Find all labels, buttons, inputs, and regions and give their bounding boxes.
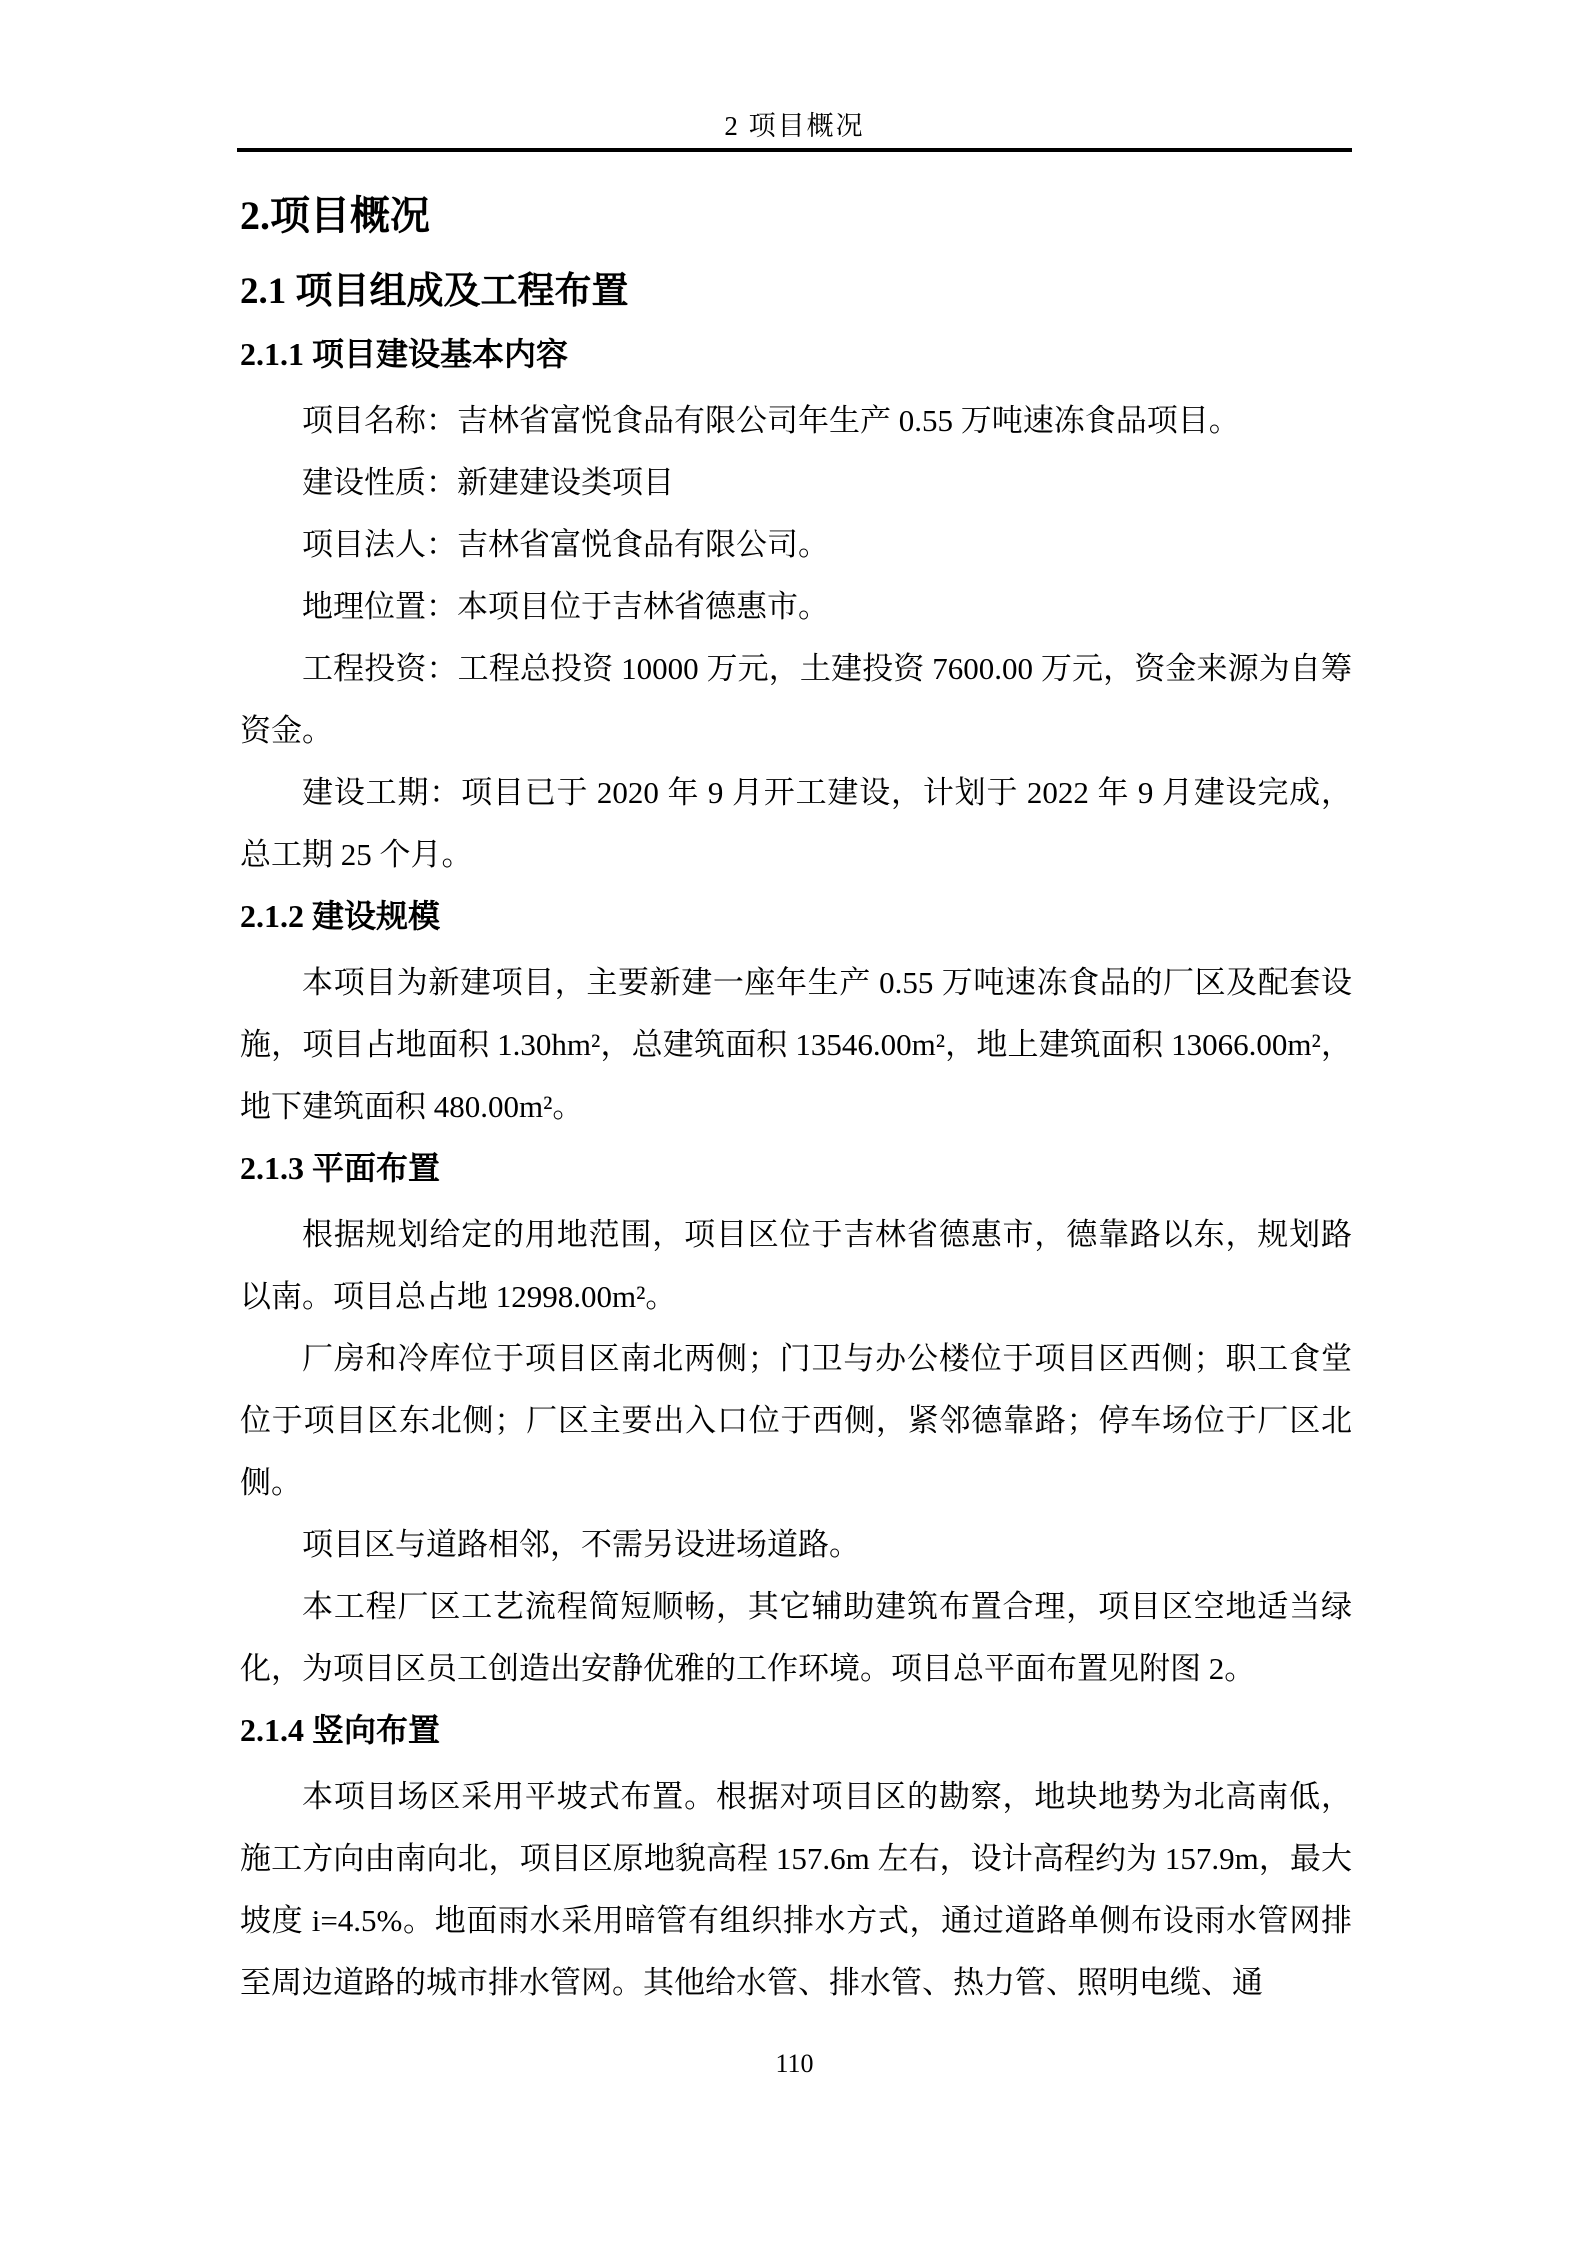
paragraph-schedule: 建设工期：项目已于 2020 年 9 月开工建设，计划于 2022 年 9 月建…	[240, 762, 1352, 886]
paragraph-project-name: 项目名称：吉林省富悦食品有限公司年生产 0.55 万吨速冻食品项目。	[240, 390, 1352, 452]
page-number: 110	[237, 2048, 1352, 2080]
document-page: 2 项目概况 2.项目概况 2.1 项目组成及工程布置 2.1.1 项目建设基本…	[0, 0, 1587, 2245]
paragraph-location: 地理位置：本项目位于吉林省德惠市。	[240, 576, 1352, 638]
subsection-heading-2-1-2: 2.1.2 建设规模	[240, 894, 1352, 938]
subsection-heading-2-1-1: 2.1.1 项目建设基本内容	[240, 332, 1352, 376]
subsection-heading-2-1-4: 2.1.4 竖向布置	[240, 1708, 1352, 1752]
paragraph-legal-entity: 项目法人：吉林省富悦食品有限公司。	[240, 514, 1352, 576]
document-body: 2.项目概况 2.1 项目组成及工程布置 2.1.1 项目建设基本内容 项目名称…	[240, 190, 1352, 2014]
chapter-heading: 2.项目概况	[240, 190, 1352, 242]
paragraph-site-extent: 根据规划给定的用地范围，项目区位于吉林省德惠市，德靠路以东，规划路以南。项目总占…	[240, 1204, 1352, 1328]
paragraph-layout-summary: 本工程厂区工艺流程简短顺畅，其它辅助建筑布置合理，项目区空地适当绿化，为项目区员…	[240, 1576, 1352, 1700]
paragraph-layout-buildings: 厂房和冷库位于项目区南北两侧；门卫与办公楼位于项目区西侧；职工食堂位于项目区东北…	[240, 1328, 1352, 1514]
paragraph-investment: 工程投资：工程总投资 10000 万元，土建投资 7600.00 万元，资金来源…	[240, 638, 1352, 762]
paragraph-construction-scale: 本项目为新建项目，主要新建一座年生产 0.55 万吨速冻食品的厂区及配套设施，项…	[240, 952, 1352, 1138]
paragraph-vertical-layout: 本项目场区采用平坡式布置。根据对项目区的勘察，地块地势为北高南低，施工方向由南向…	[240, 1766, 1352, 2014]
paragraph-road-access: 项目区与道路相邻，不需另设进场道路。	[240, 1514, 1352, 1576]
section-heading: 2.1 项目组成及工程布置	[240, 268, 1352, 316]
subsection-heading-2-1-3: 2.1.3 平面布置	[240, 1146, 1352, 1190]
running-header: 2 项目概况	[237, 110, 1352, 142]
paragraph-construction-nature: 建设性质：新建建设类项目	[240, 452, 1352, 514]
header-rule	[237, 148, 1352, 152]
